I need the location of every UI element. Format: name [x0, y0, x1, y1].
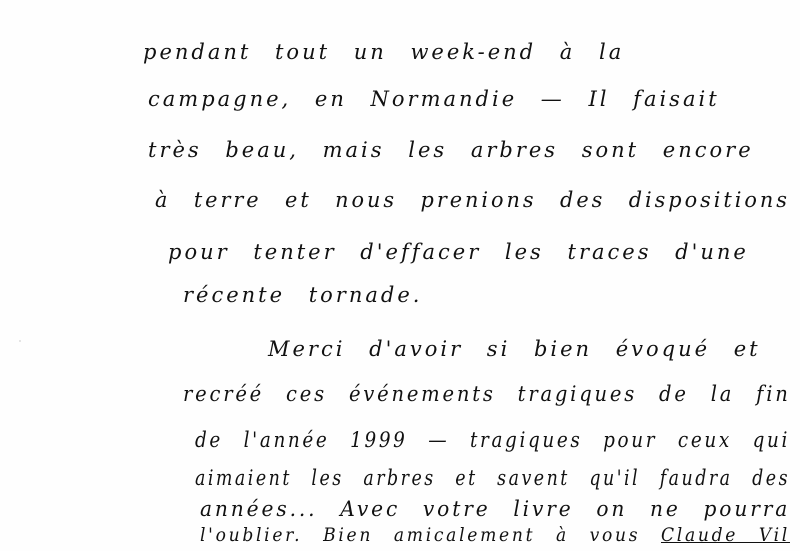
scan-speck: [19, 340, 21, 342]
letter-line-2: campagne, en Normandie — Il faisait: [148, 87, 720, 111]
letter-line-10: aimaient les arbres et savent qu'il faud…: [195, 466, 790, 490]
letter-line-11: années... Avec votre livre on ne pourra: [200, 497, 790, 521]
letter-line-4: à terre et nous prenions des disposition…: [155, 188, 790, 212]
letter-line-1: pendant tout un week-end à la: [143, 40, 624, 64]
letter-line-7: Merci d'avoir si bien évoqué et: [268, 337, 761, 361]
letter-line-6: récente tornade.: [183, 283, 422, 307]
letter-line-8: recréé ces événements tragiques de la fi…: [183, 382, 791, 406]
letter-page: pendant tout un week-end à la campagne, …: [0, 0, 800, 551]
letter-line-9: de l'année 1999 — tragiques pour ceux qu…: [195, 428, 790, 452]
letter-line-3: très beau, mais les arbres sont encore: [148, 138, 754, 162]
letter-line-5: pour tenter d'effacer les traces d'une: [168, 240, 749, 264]
letter-line-12: l'oublier. Bien amicalement à vous: [200, 524, 640, 546]
signature: Claude Vil: [661, 524, 790, 546]
